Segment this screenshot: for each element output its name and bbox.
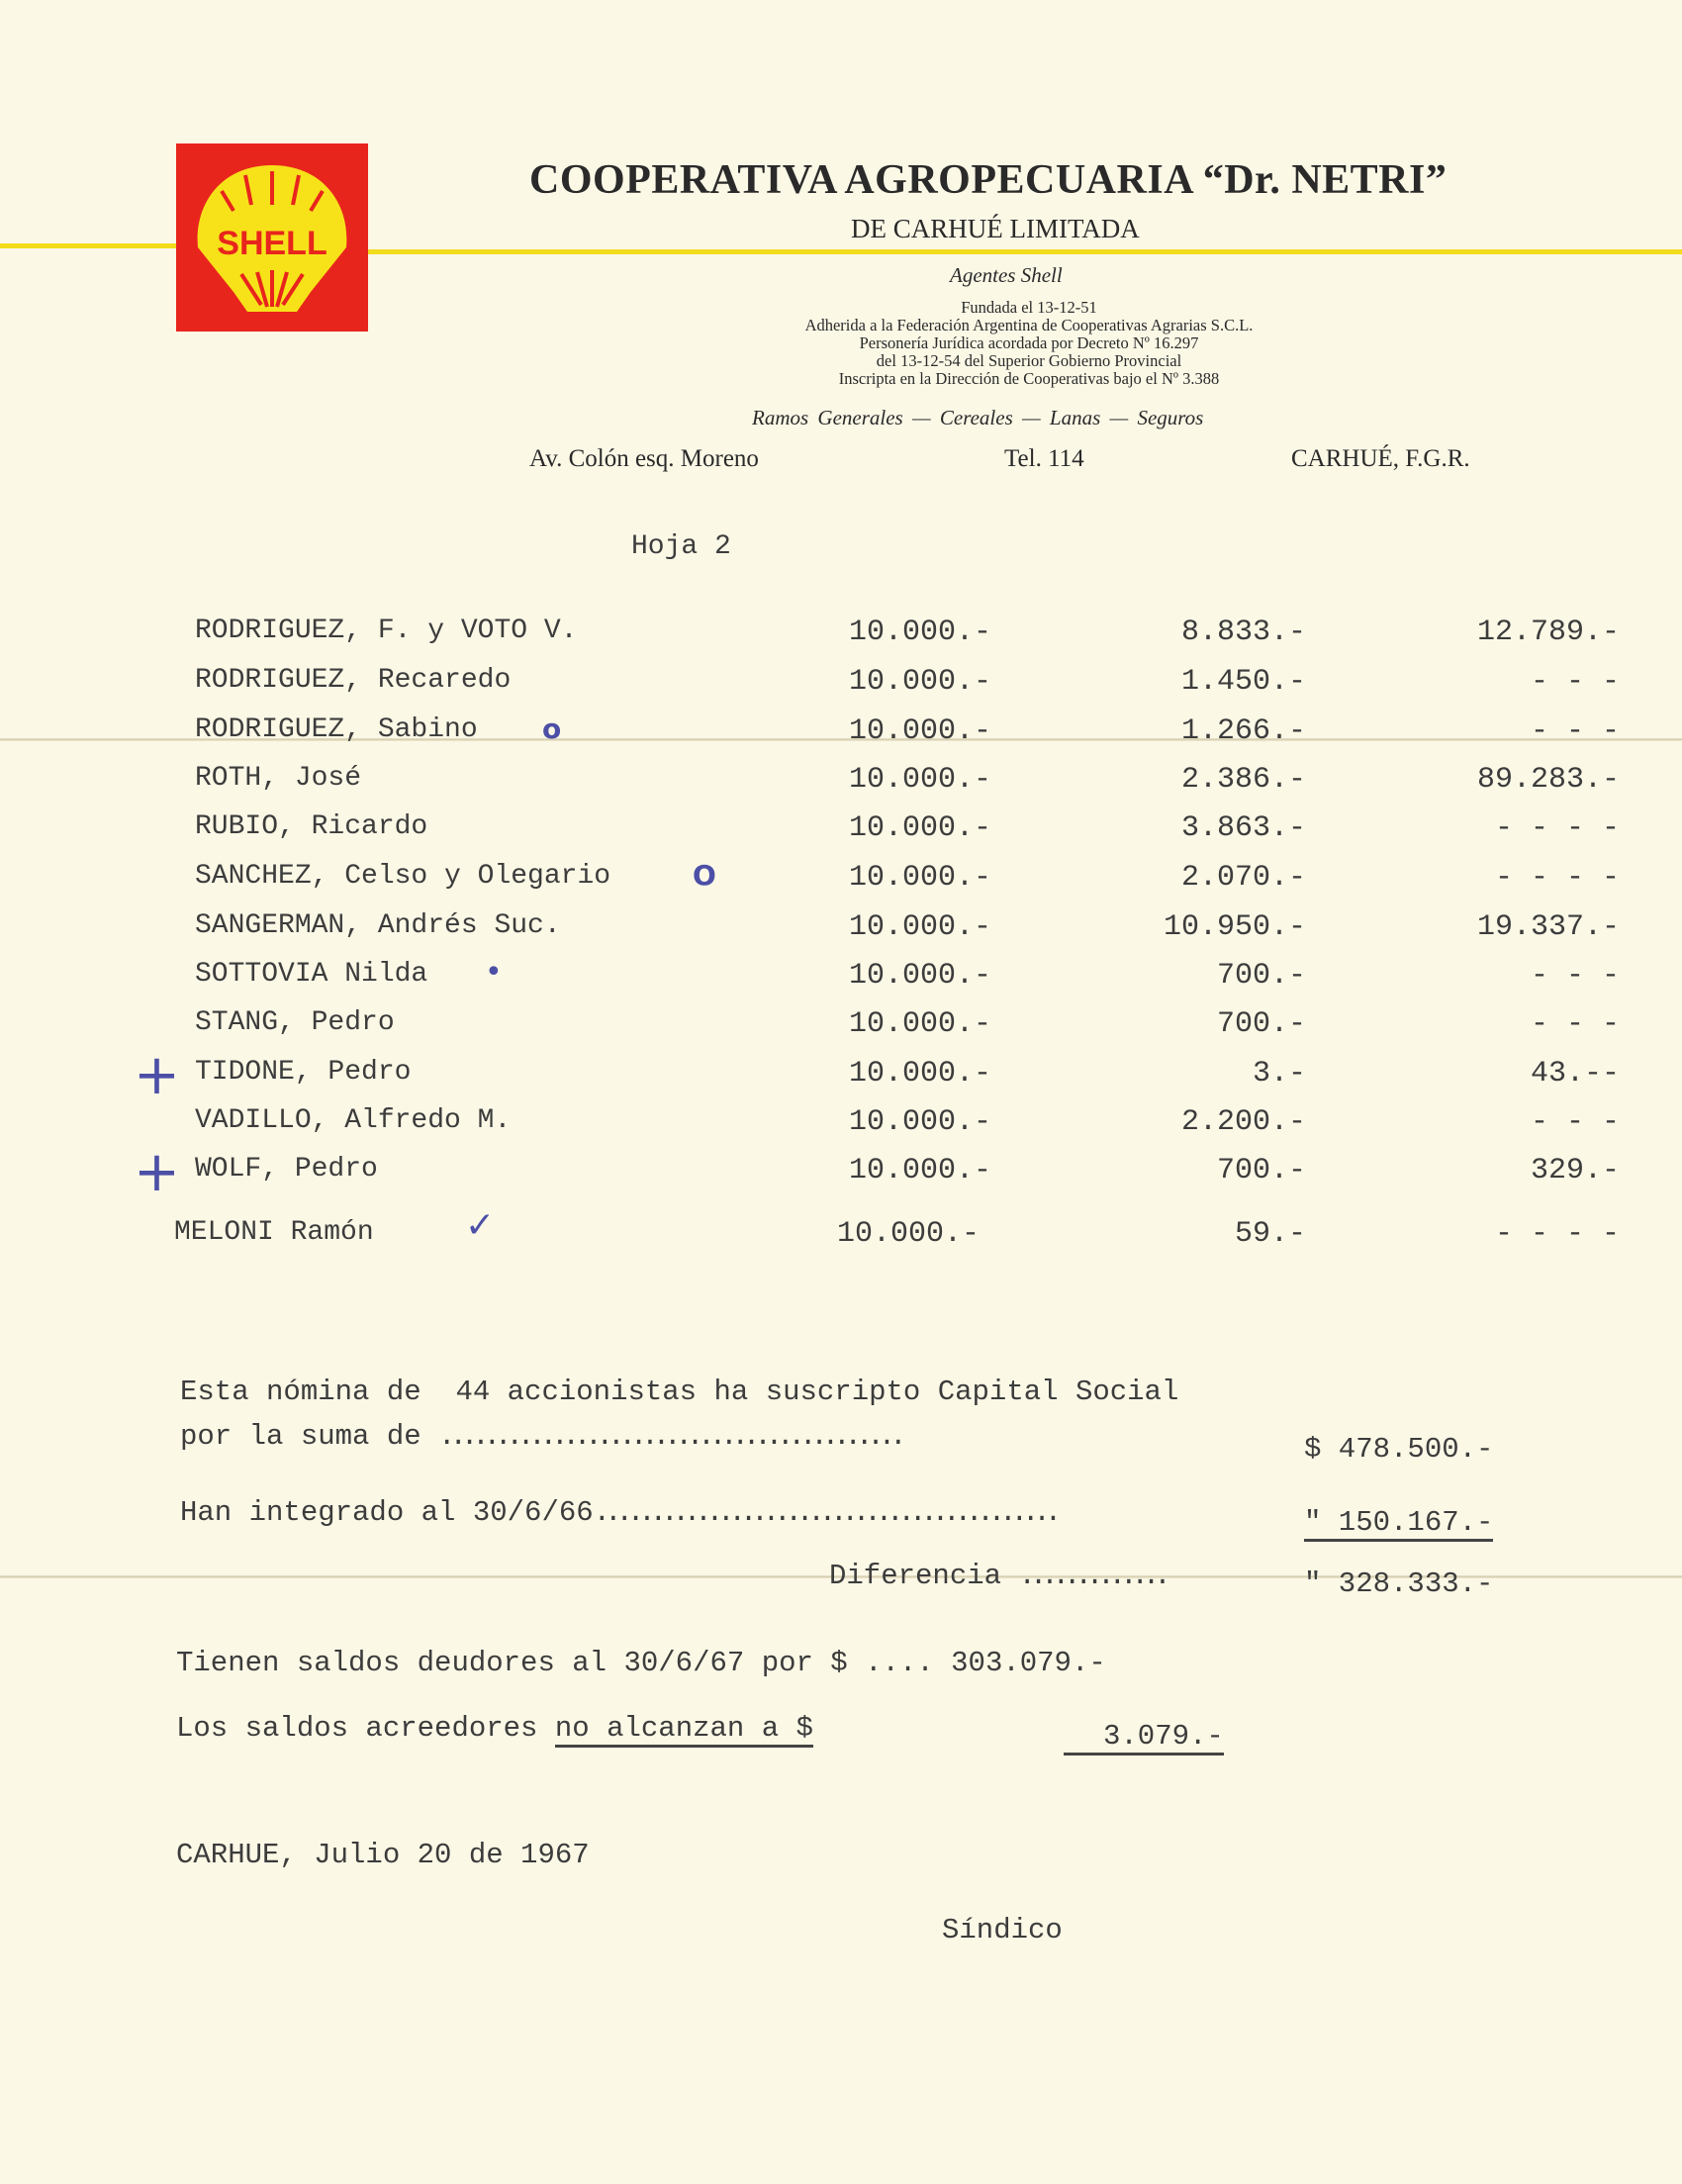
paid-amount: 700.-	[1217, 1154, 1306, 1187]
shareholder-name: STANG, Pedro	[195, 1007, 395, 1038]
paid-amount: 700.-	[1217, 959, 1306, 993]
paid-amount: 1.450.-	[1181, 665, 1306, 699]
cross-mark-icon: +	[134, 1140, 180, 1204]
subscribed-amount: 10.000.-	[849, 1154, 991, 1187]
svg-text:SHELL: SHELL	[217, 225, 327, 262]
balance-amount: - - -	[1531, 665, 1620, 699]
paid-amount: 2.386.-	[1181, 763, 1306, 797]
balance-amount: 12.789.-	[1477, 616, 1620, 649]
table-row: RODRIGUEZ, Recaredo10.000.-1.450.-- - -	[0, 665, 1682, 705]
subscribed-amount: 10.000.-	[849, 959, 991, 993]
shareholder-name: SOTTOVIA Nilda	[195, 959, 427, 990]
shareholder-name: RODRIGUEZ, Sabino	[195, 714, 478, 745]
balance-amount: - - -	[1531, 959, 1620, 993]
table-row: SANCHEZ, Celso y Olegario10.000.-2.070.-…	[0, 861, 1682, 901]
subscribed-amount: 10.000.-	[849, 1057, 991, 1091]
subscribed-amount: 10.000.-	[849, 616, 991, 649]
balance-amount: - - - -	[1495, 1217, 1620, 1251]
paid-total: " 150.167.-	[1304, 1506, 1493, 1542]
shareholder-name: RODRIGUEZ, F. y VOTO V.	[195, 616, 577, 646]
summary-line-2: por la suma de .........................…	[180, 1420, 901, 1453]
subscribed-total: $ 478.500.-	[1304, 1433, 1493, 1466]
agents-label: Agentes Shell	[950, 263, 1063, 288]
shareholder-name: RODRIGUEZ, Recaredo	[195, 665, 511, 696]
business-lines: Ramos Generales — Cereales — Lanas — Seg…	[752, 406, 1203, 430]
shareholder-name: MELONI Ramón	[174, 1217, 374, 1248]
summary-line-4: Diferencia .............	[829, 1560, 1166, 1592]
shareholder-name: TIDONE, Pedro	[195, 1057, 411, 1088]
shareholder-name: RUBIO, Ricardo	[195, 811, 427, 842]
table-row: RODRIGUEZ, F. y VOTO V.10.000.-8.833.-12…	[0, 616, 1682, 655]
subscribed-amount: 10.000.-	[849, 1105, 991, 1139]
balance-amount: - - -	[1531, 714, 1620, 748]
paid-amount: 2.070.-	[1181, 861, 1306, 895]
balance-amount: 329.-	[1531, 1154, 1620, 1187]
subscribed-amount: 10.000.-	[849, 861, 991, 895]
balance-amount: 89.283.-	[1477, 763, 1620, 797]
balance-amount: 43.--	[1531, 1057, 1620, 1091]
table-row: TIDONE, Pedro10.000.-3.-43.--	[0, 1057, 1682, 1096]
table-row: ROTH, José10.000.-2.386.-89.283.-	[0, 763, 1682, 803]
credit-total: 3.079.-	[1064, 1720, 1224, 1756]
subscribed-amount: 10.000.-	[849, 714, 991, 748]
paid-amount: 10.950.-	[1164, 910, 1306, 944]
table-row: RUBIO, Ricardo10.000.-3.863.-- - - -	[0, 811, 1682, 851]
subscribed-amount: 10.000.-	[849, 910, 991, 944]
paid-amount: 3.-	[1253, 1057, 1306, 1091]
check-mark-icon: ✓	[465, 1205, 495, 1246]
city: CARHUÉ, F.G.R.	[1291, 445, 1470, 473]
summary-line-1: Esta nómina de 44 accionistas ha suscrip…	[180, 1376, 1178, 1408]
shareholder-name: SANGERMAN, Andrés Suc.	[195, 910, 561, 941]
subscribed-amount: 10.000.-	[849, 665, 991, 699]
table-row: WOLF, Pedro10.000.-700.-329.-	[0, 1154, 1682, 1193]
table-row: VADILLO, Alfredo M.10.000.-2.200.-- - -	[0, 1105, 1682, 1145]
company-details: Fundada el 13-12-51 Adherida a la Federa…	[683, 299, 1375, 388]
balance-amount: 19.337.-	[1477, 910, 1620, 944]
dot-mark-icon: •	[485, 955, 503, 990]
table-row: STANG, Pedro10.000.-700.-- - -	[0, 1007, 1682, 1047]
phone: Tel. 114	[1004, 445, 1084, 473]
summary-line-3: Han integrado al 30/6/66................…	[180, 1496, 1056, 1529]
balance-amount: - - - -	[1495, 811, 1620, 845]
header-rule-left	[0, 243, 176, 248]
subscribed-amount: 10.000.-	[837, 1217, 980, 1251]
sheet-label: Hoja 2	[631, 531, 731, 562]
header-rule-right	[368, 249, 1682, 254]
circle-mark-icon: O	[693, 859, 716, 892]
company-subtitle: DE CARHUÉ LIMITADA	[851, 214, 1140, 244]
place-date: CARHUE, Julio 20 de 1967	[176, 1839, 590, 1871]
shareholder-name: ROTH, José	[195, 763, 361, 794]
shareholder-name: VADILLO, Alfredo M.	[195, 1105, 511, 1136]
shareholder-name: SANCHEZ, Celso y Olegario	[195, 861, 610, 892]
cross-mark-icon: +	[134, 1043, 180, 1107]
paid-amount: 3.863.-	[1181, 811, 1306, 845]
shell-logo: SHELL	[176, 143, 368, 332]
table-row: SOTTOVIA Nilda10.000.-700.-- - -	[0, 959, 1682, 998]
balance-amount: - - - -	[1495, 861, 1620, 895]
paid-amount: 8.833.-	[1181, 616, 1306, 649]
circle-mark-icon: o	[542, 712, 561, 745]
balance-amount: - - -	[1531, 1105, 1620, 1139]
table-row: MELONI Ramón10.000.-59.-- - - -	[0, 1217, 1682, 1257]
subscribed-amount: 10.000.-	[849, 1007, 991, 1041]
subscribed-amount: 10.000.-	[849, 811, 991, 845]
paid-amount: 1.266.-	[1181, 714, 1306, 748]
paid-amount: 700.-	[1217, 1007, 1306, 1041]
address: Av. Colón esq. Moreno	[529, 445, 759, 473]
table-row: SANGERMAN, Andrés Suc.10.000.-10.950.-19…	[0, 910, 1682, 950]
paid-amount: 59.-	[1235, 1217, 1306, 1251]
balance-amount: - - -	[1531, 1007, 1620, 1041]
signature-label: Síndico	[942, 1914, 1063, 1947]
paid-amount: 2.200.-	[1181, 1105, 1306, 1139]
summary-line-5: Tienen saldos deudores al 30/6/67 por $ …	[176, 1647, 1106, 1679]
table-row: RODRIGUEZ, Sabino10.000.-1.266.-- - -	[0, 714, 1682, 754]
shareholder-name: WOLF, Pedro	[195, 1154, 378, 1185]
shell-emblem-icon: SHELL	[176, 143, 368, 332]
subscribed-amount: 10.000.-	[849, 763, 991, 797]
company-name: COOPERATIVA AGROPECUARIA “Dr. NETRI”	[529, 156, 1447, 204]
difference-total: " 328.333.-	[1304, 1567, 1493, 1600]
summary-line-6: Los saldos acreedores no alcanzan a $	[176, 1712, 813, 1745]
